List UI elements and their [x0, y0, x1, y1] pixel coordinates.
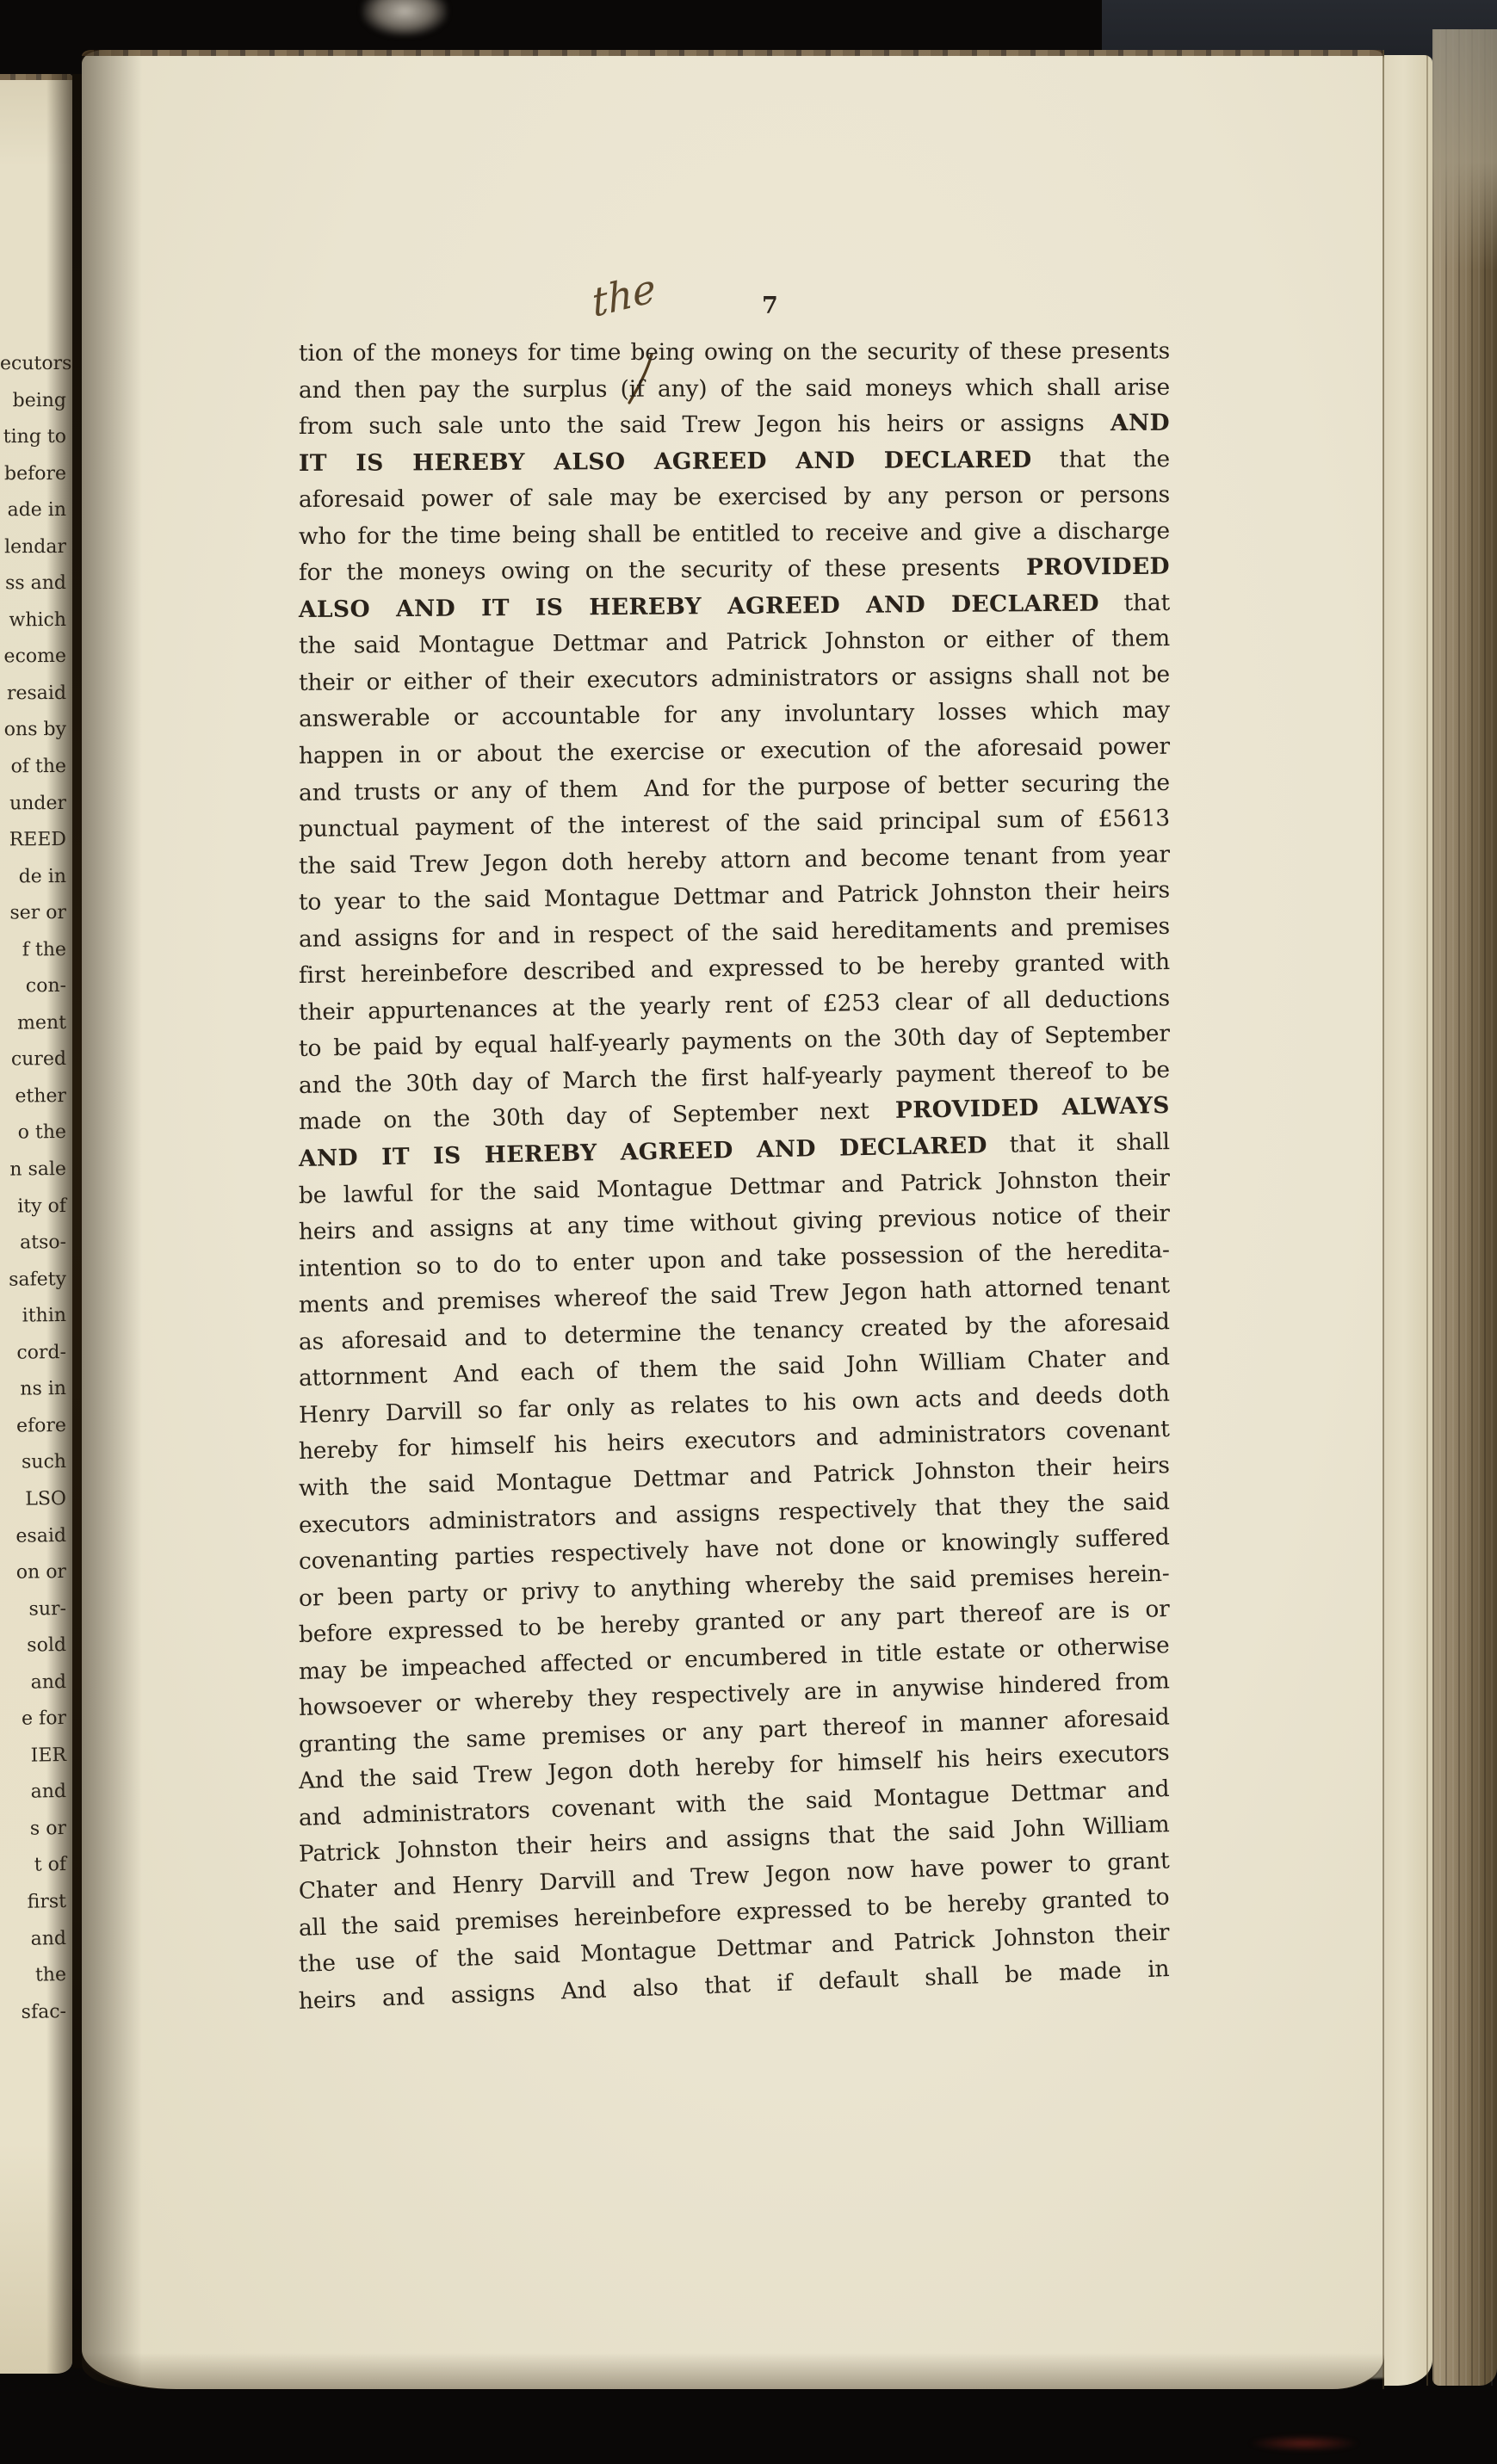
page-number: 7: [762, 293, 778, 319]
facing-page-fragment: ss and: [0, 565, 66, 602]
bold-caps-text: ALSO AND IT IS HEREBY AGREED AND DECLARE…: [299, 590, 1099, 622]
facing-page-fragment: being: [0, 383, 66, 420]
em-gap: [869, 1118, 895, 1119]
facing-page-fragment: ithin: [0, 1298, 66, 1335]
facing-page-fragment: safety: [0, 1262, 66, 1299]
bold-caps-text: PROVIDED: [1026, 553, 1170, 581]
red-smudge: [1248, 2436, 1360, 2451]
page-top-edge: [82, 50, 1384, 56]
facing-page-fragment: and: [0, 1774, 66, 1812]
page-edge-strip: [1384, 55, 1432, 2386]
body-text: for the moneys owing on the security of …: [299, 554, 1000, 586]
facing-page-fragment: of the: [0, 749, 66, 786]
facing-page-fragment: sur-: [0, 1591, 66, 1629]
facing-page-fragment: de in: [0, 859, 66, 896]
text-line: IT IS HEREBY ALSO AGREED AND DECLARED th…: [299, 442, 1170, 483]
em-gap: [535, 1998, 561, 1999]
text-line: from such sale unto the said Trew Jegon …: [299, 405, 1170, 446]
body-text: made on the 30th day of September next: [299, 1098, 869, 1136]
facing-page-fragment: atso-: [0, 1225, 66, 1262]
text-block: tion of the moneys for time being owing …: [299, 336, 1170, 2020]
facing-page-fragment: o the: [0, 1115, 66, 1152]
facing-page-fragment: cured: [0, 1041, 66, 1078]
book-fore-edge: [1432, 29, 1497, 2386]
facing-page-fragment: con-: [0, 968, 66, 1005]
facing-page-fragment: ecome: [0, 639, 66, 676]
facing-page-fragment: the: [0, 1957, 66, 1995]
body-text: their or either of their executors admin…: [299, 661, 1170, 696]
facing-page-fragment: ether: [0, 1078, 66, 1115]
body-text: the said Montague Dettmar and Patrick Jo…: [299, 625, 1170, 659]
page-bottom-shadow: [82, 2353, 1384, 2389]
body-text: happen in or about the exercise or execu…: [299, 733, 1170, 769]
body-text: heirs and assigns: [298, 1979, 535, 2014]
body-text: that: [1099, 590, 1170, 617]
facing-page-fragment: ser or: [0, 895, 66, 932]
bold-caps-text: PROVIDED ALWAYS: [895, 1092, 1170, 1124]
facing-page-fragment: and: [0, 1664, 66, 1702]
facing-page-fragment: e for: [0, 1701, 66, 1738]
text-line: aforesaid power of sale may be exercised…: [299, 477, 1170, 518]
bold-caps-text: AND: [1110, 410, 1170, 436]
facing-page-fragments: ecutorsbeingting tobeforeade inlendarss …: [0, 346, 66, 2030]
facing-page-fragment: ecutors: [0, 346, 66, 383]
em-gap: [427, 1382, 453, 1383]
facing-page-fragment: esaid: [0, 1518, 66, 1556]
facing-page-fragment: before: [0, 456, 66, 493]
book-page: 7 the tion of the moneys for time being …: [82, 50, 1384, 2389]
body-text: and trusts or any of them: [299, 775, 618, 806]
background-object: [362, 0, 448, 36]
facing-page-fragment: efore: [0, 1408, 66, 1445]
facing-page-fragment: ment: [0, 1005, 66, 1042]
body-text: And for the purpose of better securing t…: [644, 769, 1170, 802]
facing-page-fragment: IER: [0, 1738, 66, 1775]
facing-page-fragment: ity of: [0, 1189, 66, 1226]
facing-page-fragment: resaid: [0, 676, 66, 713]
facing-page-fragment: s or: [0, 1811, 66, 1849]
facing-page-strip: ecutorsbeingting tobeforeade inlendarss …: [0, 74, 72, 2374]
body-text: punctual payment of the interest of the …: [299, 805, 1170, 843]
gutter-shadow: [82, 50, 142, 2389]
body-text: tion of the moneys for time being owing …: [299, 337, 1170, 367]
facing-page-fragment: f the: [0, 932, 66, 969]
body-text: that the: [1032, 446, 1170, 473]
facing-page-fragment: cord-: [0, 1335, 66, 1372]
facing-page-fragment: which: [0, 602, 66, 639]
facing-page-fragment: on or: [0, 1554, 66, 1592]
text-line: and then pay the surplus (if any) of the…: [299, 369, 1170, 409]
facing-page-fragment: under: [0, 786, 66, 823]
body-text: from such sale unto the said Trew Jegon …: [299, 410, 1085, 440]
facing-page-fragment: first: [0, 1884, 66, 1922]
text-line: tion of the moneys for time being owing …: [299, 333, 1170, 372]
facing-page-fragment: REED: [0, 822, 66, 859]
body-text: that it shall: [987, 1128, 1171, 1158]
body-text: and then pay the surplus (if any) of the…: [299, 374, 1170, 403]
facing-page-fragment: such: [0, 1444, 66, 1481]
body-text: attornment: [299, 1362, 428, 1393]
facing-page-fragment: n sale: [0, 1152, 66, 1189]
facing-page-fragment: and: [0, 1921, 66, 1959]
facing-page-fragment: lendar: [0, 529, 66, 566]
facing-page-fragment: ons by: [0, 712, 66, 749]
facing-page-fragment: sold: [0, 1627, 66, 1665]
handwritten-insertion: the: [590, 264, 658, 326]
facing-page-fragment: ns in: [0, 1371, 66, 1408]
body-text: answerable or accountable for any involu…: [299, 697, 1170, 732]
body-text: aforesaid power of sale may be exercised…: [299, 481, 1170, 513]
book-photograph: { "page": { "number": "7", "paper_color"…: [0, 0, 1497, 2464]
facing-page-fragment: sfac-: [0, 1994, 66, 2032]
bold-caps-text: IT IS HEREBY ALSO AGREED AND DECLARED: [299, 446, 1032, 476]
facing-page-fragment: t of: [0, 1847, 66, 1885]
facing-page-fragment: ting to: [0, 419, 66, 456]
book-gutter: [72, 74, 82, 2368]
body-text: who for the time being shall be entitled…: [299, 517, 1170, 550]
facing-page-fragment: ade in: [0, 492, 66, 529]
facing-page-fragment: LSO: [0, 1481, 66, 1519]
